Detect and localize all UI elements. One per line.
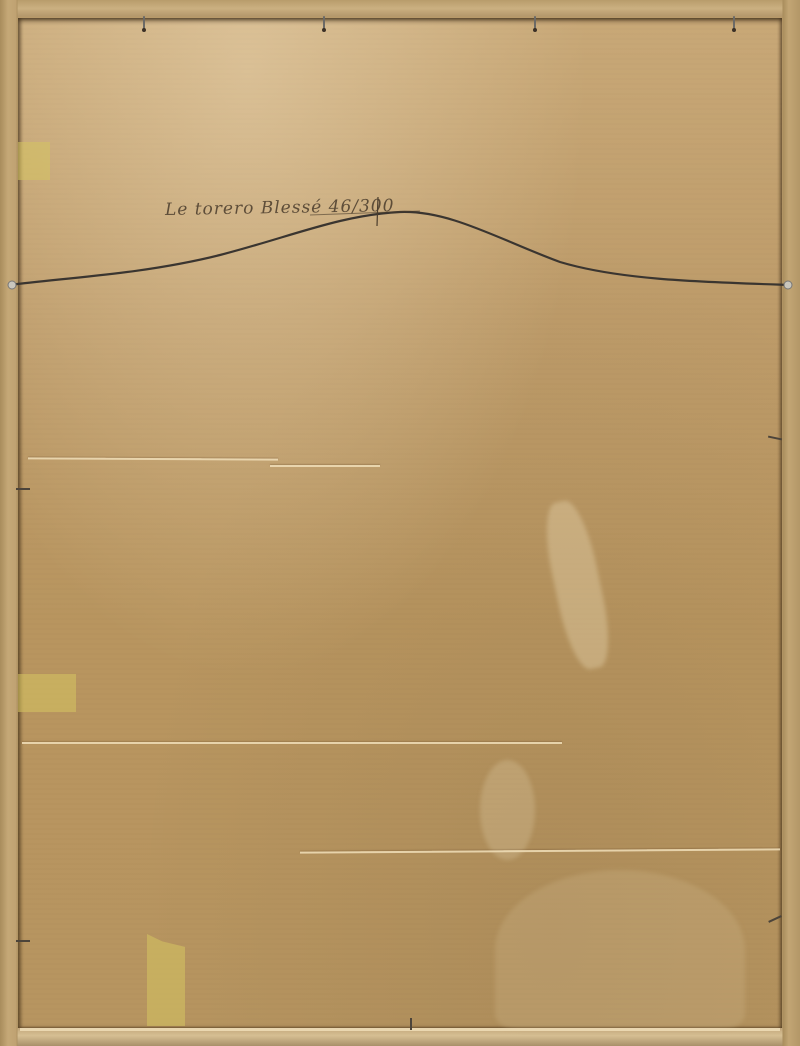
hanging-wire: [0, 0, 800, 1046]
artwork-back-photo: Le torero Blessé 46/300: [0, 0, 800, 1046]
screw-eye-left: [8, 281, 16, 289]
inscription-strike: [377, 197, 378, 226]
screw-eye-right: [784, 281, 792, 289]
